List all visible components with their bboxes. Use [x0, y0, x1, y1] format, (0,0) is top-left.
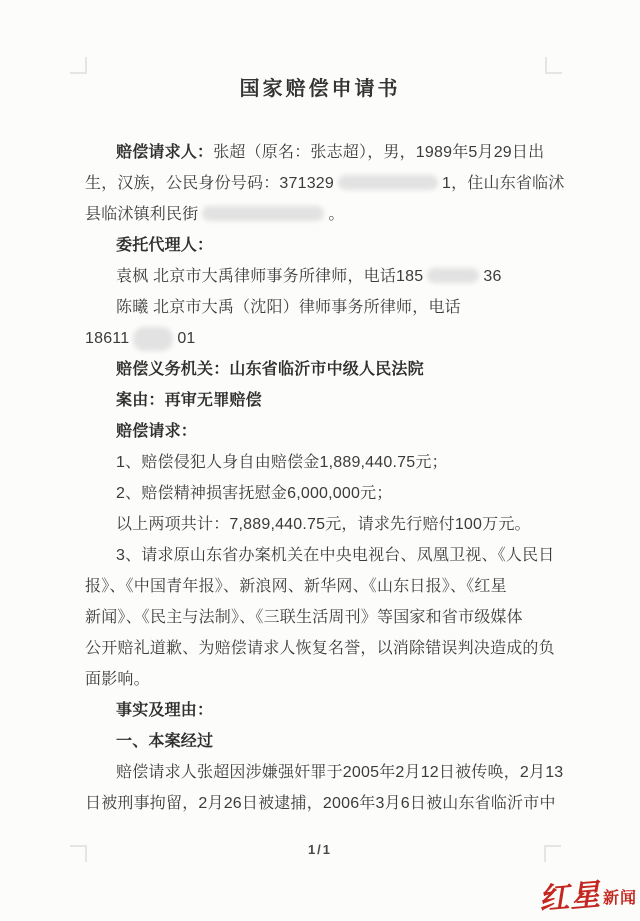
document-line: 1861101 [85, 323, 563, 354]
document-line: 委托代理人： [85, 230, 563, 261]
document-line: 面影响。 [85, 664, 563, 695]
text-segment: 新闻》、《民主与法制》、《三联生活周刊》等国家和省市级媒体 [85, 609, 523, 626]
text-segment: 张超（原名：张志超），男，1989年5月29日出 [213, 144, 544, 161]
document-line: 3、请求原山东省办案机关在中央电视台、凤凰卫视、《人民日 [85, 540, 563, 571]
document-line: 日被刑事拘留，2月26日被逮捕，2006年3月6日被山东省临沂市中 [85, 788, 563, 819]
text-segment: 公开赔礼道歉、为赔偿请求人恢复名誉，以消除错误判决造成的负 [85, 640, 555, 657]
document-page: 国家赔偿申请书 赔偿请求人：张超（原名：张志超），男，1989年5月29日出生，… [0, 0, 640, 921]
text-segment: 生，汉族，公民身份号码：371329 [85, 175, 334, 192]
text-segment: 报》、《中国青年报》、新浪网、新华网、《山东日报》、《红星 [85, 578, 507, 595]
document-line: 事实及理由： [85, 695, 563, 726]
red-star-news-logo-main: 红星 [538, 880, 602, 915]
document-line: 一、本案经过 [85, 726, 563, 757]
text-segment: 赔偿义务机关：山东省临沂市中级人民法院 [116, 361, 424, 378]
document-line: 陈曦 北京市大禹（沈阳）律师事务所律师，电话 [85, 292, 563, 323]
document-line: 赔偿请求： [85, 416, 563, 447]
redacted-text [427, 268, 479, 283]
text-segment: 一、本案经过 [116, 733, 213, 750]
text-segment: 赔偿请求人： [116, 144, 213, 161]
text-segment: 赔偿请求： [116, 423, 197, 440]
red-star-news-logo-sub: 新闻 [603, 891, 637, 907]
document-line: 赔偿义务机关：山东省临沂市中级人民法院 [85, 354, 563, 385]
text-segment: 2、赔偿精神损害抚慰金6,000,000元； [116, 485, 392, 502]
text-segment: 陈曦 北京市大禹（沈阳）律师事务所律师，电话 [116, 299, 461, 316]
red-star-news-logo: 红星 新闻 [539, 883, 637, 913]
document-line: 袁枫 北京市大禹律师事务所律师，电话18536 [85, 261, 563, 292]
page-number: 1/1 [0, 842, 640, 857]
redacted-text [338, 175, 438, 190]
text-segment: 事实及理由： [116, 702, 213, 719]
text-segment: 。 [328, 206, 344, 223]
document-line: 报》、《中国青年报》、新浪网、新华网、《山东日报》、《红星 [85, 571, 563, 602]
document-line: 生，汉族，公民身份号码：3713291，住山东省临沭 [85, 168, 563, 199]
text-segment: 36 [483, 268, 501, 285]
text-segment: 1，住山东省临沭 [442, 175, 565, 192]
redacted-text [202, 206, 324, 221]
document-line: 赔偿请求人：张超（原名：张志超），男，1989年5月29日出 [85, 137, 563, 168]
document-line: 以上两项共计：7,889,440.75元，请求先行赔付100万元。 [85, 509, 563, 540]
document-line: 赔偿请求人张超因涉嫌强奸罪于2005年2月12日被传唤，2月13 [85, 757, 563, 788]
text-segment: 以上两项共计：7,889,440.75元，请求先行赔付100万元。 [116, 516, 531, 533]
document-line: 1、赔偿侵犯人身自由赔偿金1,889,440.75元； [85, 447, 563, 478]
document-title: 国家赔偿申请书 [0, 72, 640, 101]
text-segment: 日被刑事拘留，2月26日被逮捕，2006年3月6日被山东省临沂市中 [85, 795, 556, 812]
text-segment: 1、赔偿侵犯人身自由赔偿金1,889,440.75元； [116, 454, 448, 471]
text-segment: 01 [177, 330, 195, 347]
text-segment: 赔偿请求人张超因涉嫌强奸罪于2005年2月12日被传唤，2月13 [116, 764, 563, 781]
document-line: 新闻》、《民主与法制》、《三联生活周刊》等国家和省市级媒体 [85, 602, 563, 633]
text-segment: 3、请求原山东省办案机关在中央电视台、凤凰卫视、《人民日 [116, 547, 555, 564]
text-segment: 袁枫 北京市大禹律师事务所律师，电话185 [116, 268, 423, 285]
text-segment: 案由：再审无罪赔偿 [116, 392, 262, 409]
document-body: 赔偿请求人：张超（原名：张志超），男，1989年5月29日出生，汉族，公民身份号… [85, 137, 563, 819]
document-line: 县临沭镇利民街。 [85, 199, 563, 230]
text-segment: 面影响。 [85, 671, 150, 688]
text-segment: 18611 [85, 330, 129, 347]
document-line: 案由：再审无罪赔偿 [85, 385, 563, 416]
text-segment: 县临沭镇利民街 [85, 206, 198, 223]
document-line: 2、赔偿精神损害抚慰金6,000,000元； [85, 478, 563, 509]
redacted-text [133, 327, 173, 351]
text-segment: 委托代理人： [116, 237, 213, 254]
document-line: 公开赔礼道歉、为赔偿请求人恢复名誉，以消除错误判决造成的负 [85, 633, 563, 664]
